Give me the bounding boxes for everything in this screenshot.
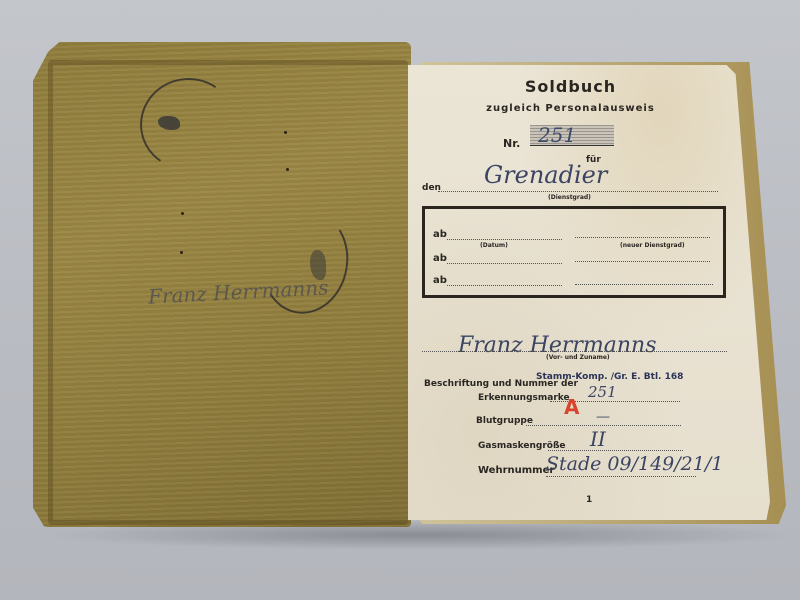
new-rank-line [575, 237, 710, 238]
soldbuch-page-1: Soldbuch zugleich Personalausweis Nr. 25… [408, 65, 770, 520]
gas-mask-line [548, 450, 683, 451]
document-title: Soldbuch [408, 77, 733, 96]
pin-hole [286, 168, 289, 171]
blood-group-line [526, 425, 681, 426]
new-rank-caption: (neuer Dienstgrad) [620, 242, 685, 249]
new-rank-line [575, 261, 710, 262]
rank-caption: (Dienstgrad) [548, 194, 591, 201]
wehrnummer-line [546, 476, 696, 477]
promotion-ab-label: ab [433, 275, 447, 286]
date-line [447, 285, 562, 286]
promotion-ab-label: ab [433, 253, 447, 264]
rank-value: Grenadier [484, 161, 607, 189]
wehrnummer-value: Stade 09/149/21/1 [546, 453, 723, 475]
gas-mask-value: II [590, 427, 606, 451]
blood-group-mark: A [564, 395, 579, 419]
promotion-box: ab (Datum) (neuer Dienstgrad) ab ab [422, 206, 726, 298]
nr-label: Nr. [503, 137, 520, 150]
name-line [422, 351, 727, 352]
wehrnummer-label: Wehrnummer [478, 465, 554, 476]
document-subtitle: zugleich Personalausweis [408, 103, 733, 114]
id-tag-number: 251 [588, 383, 617, 401]
date-line [447, 263, 562, 264]
promotion-ab-label: ab [433, 229, 447, 240]
new-rank-line [575, 284, 713, 285]
pin-hole [181, 212, 184, 215]
date-caption: (Datum) [480, 242, 508, 249]
id-tag-stamp: Stamm-Komp. /Gr. E. Btl. 168 [536, 372, 683, 382]
nr-value: 251 [538, 123, 576, 147]
page-number: 1 [586, 495, 592, 505]
rank-line [438, 191, 718, 192]
pin-hole [180, 251, 183, 254]
date-line [447, 239, 562, 240]
name-caption: (Vor- und Zuname) [546, 354, 610, 361]
blood-group-label: Blutgruppe [476, 416, 533, 426]
blood-group-value: — [596, 409, 610, 425]
pin-hole [284, 131, 287, 134]
